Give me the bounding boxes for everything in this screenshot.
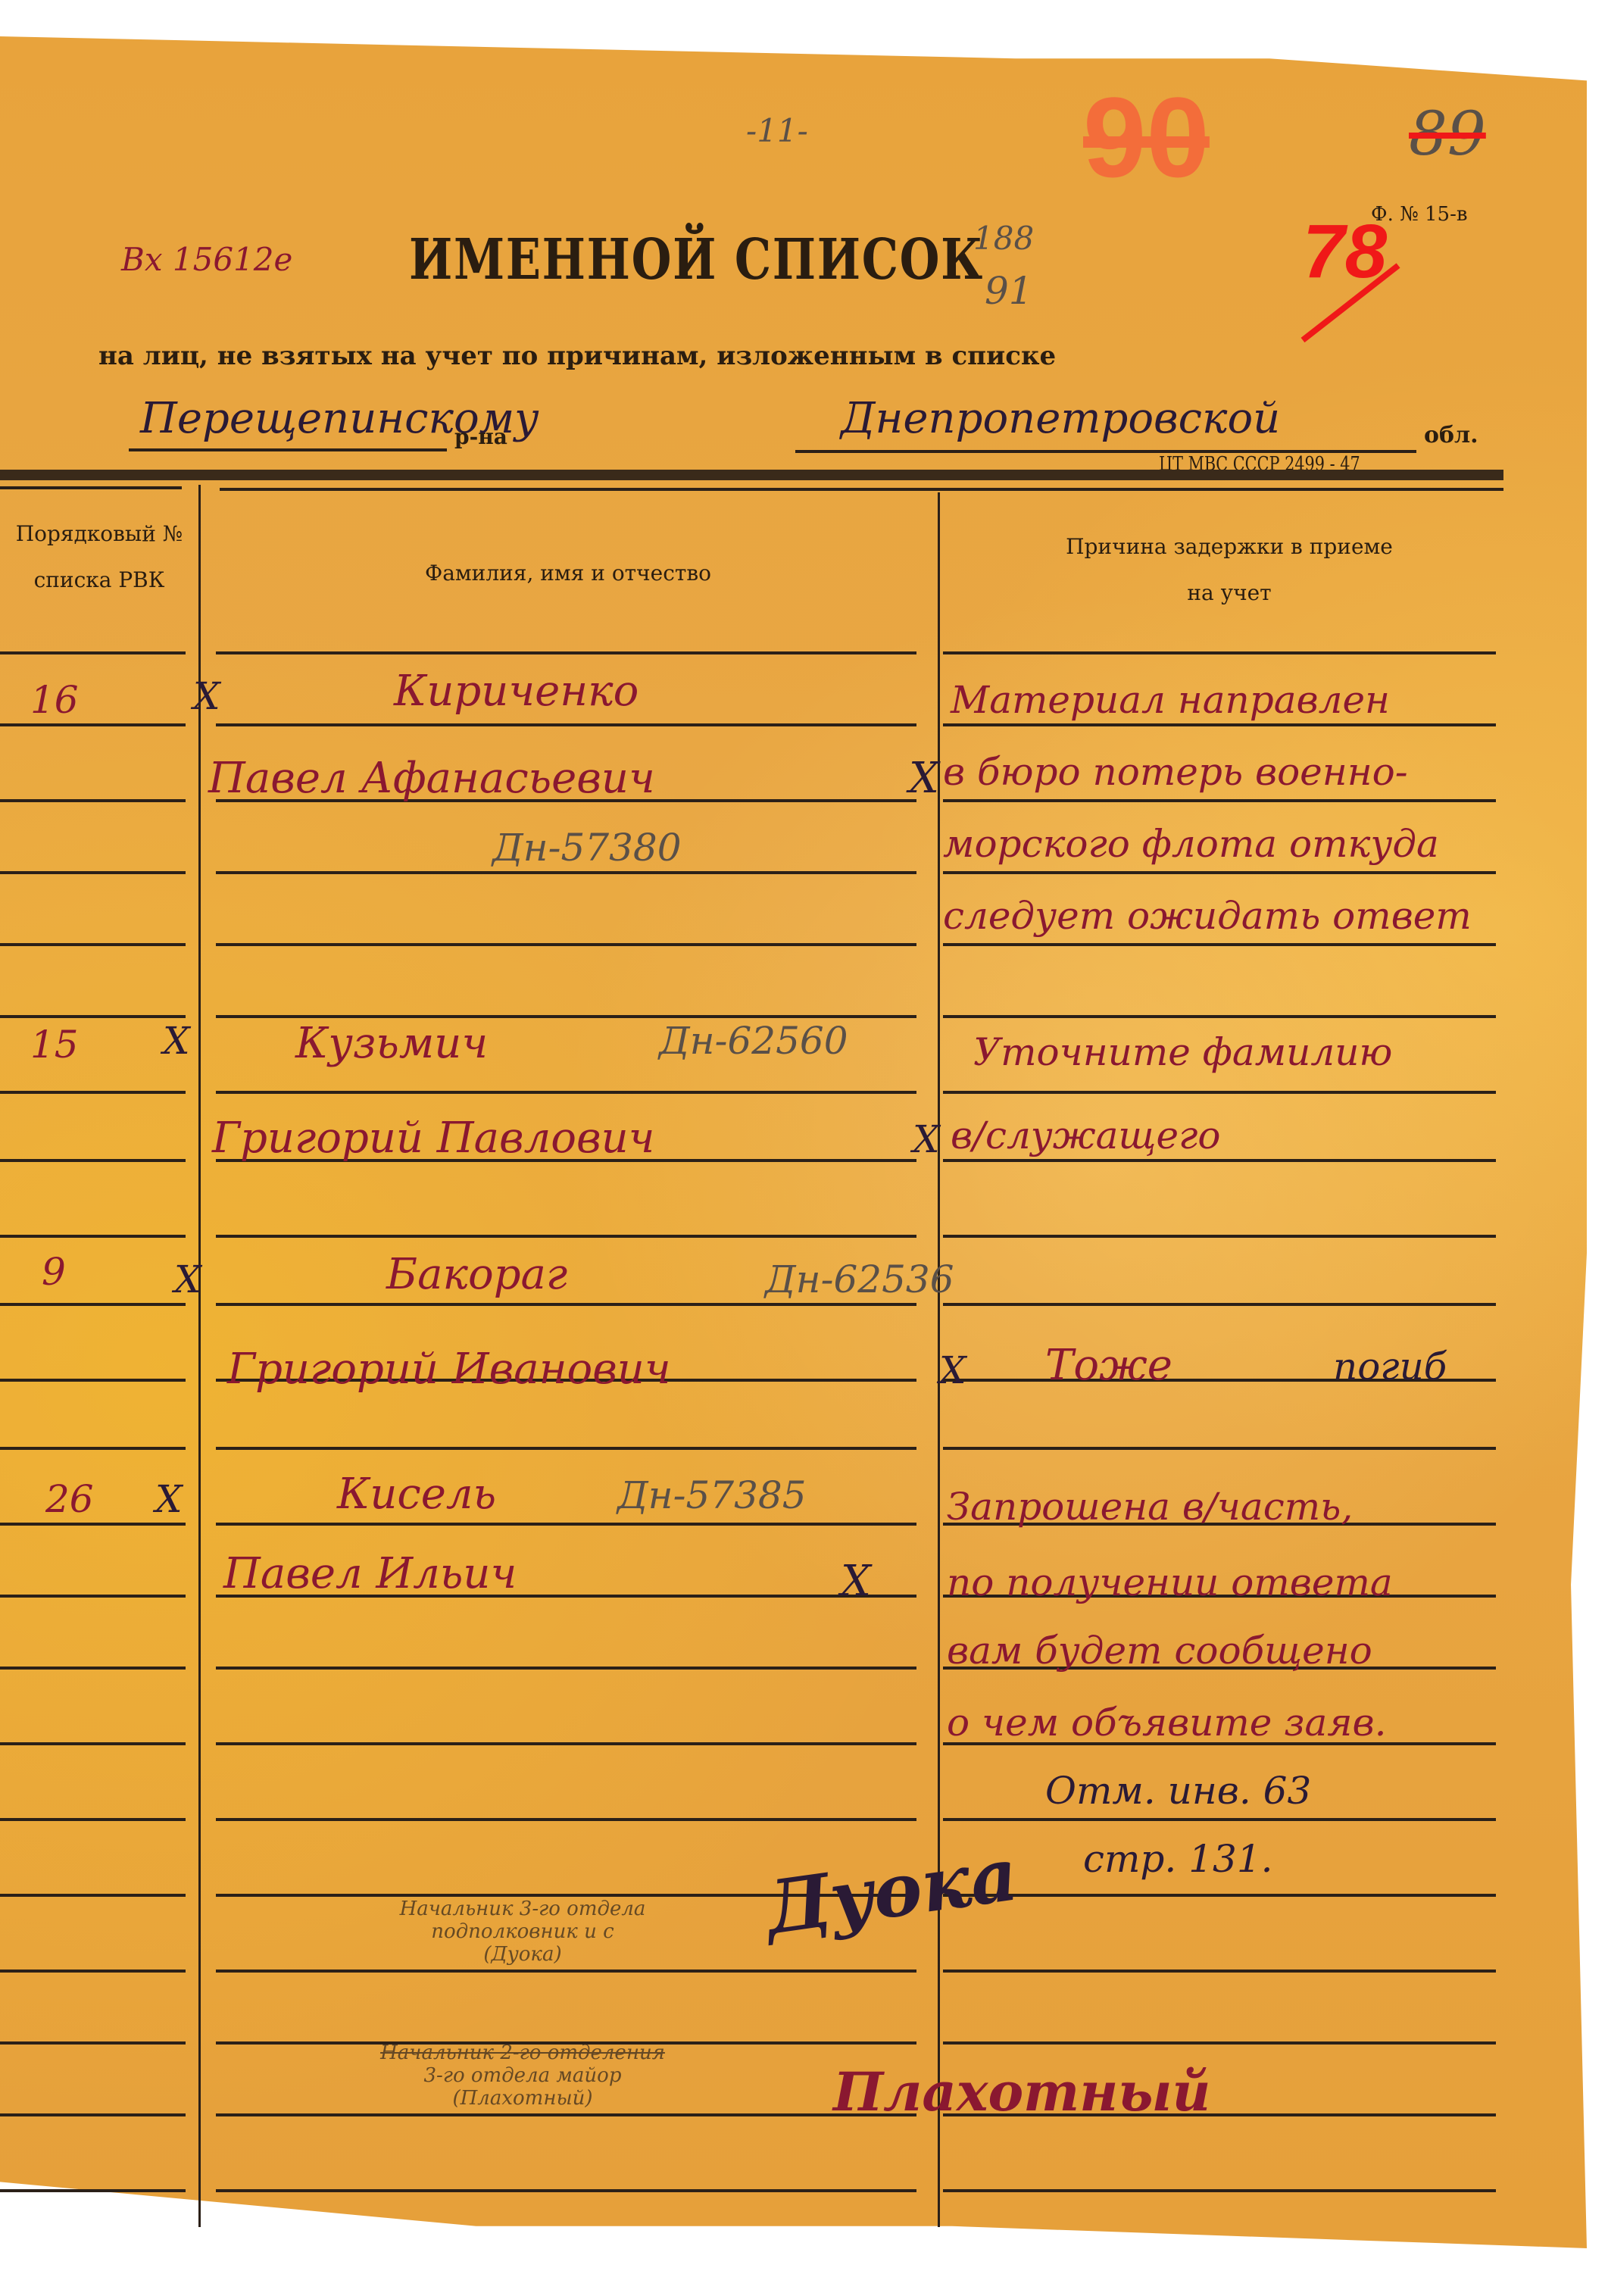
signature-stamp-2-line: Начальник 2-го отделения <box>288 2041 757 2064</box>
ruled-line <box>943 1235 1496 1238</box>
ruled-line <box>216 1970 916 1973</box>
row-reason-line: морского флота откуда <box>943 822 1439 866</box>
document-subtitle: на лиц, не взятых на учет по причинам, и… <box>98 341 1056 371</box>
row-mark-2: Х <box>841 1557 871 1606</box>
ruled-line <box>943 2189 1496 2192</box>
ruled-line <box>0 1303 186 1306</box>
row-surname: Кузьмич <box>295 1019 488 1068</box>
row-pencil-code: Дн-57385 <box>617 1473 807 1517</box>
row-number: 9 <box>42 1250 66 1294</box>
archive-code: Вх 15612е <box>121 241 292 278</box>
row-reason-line: вам будет сообщено <box>947 1629 1372 1673</box>
row-reason-line: в/служащего <box>951 1114 1220 1157</box>
row-pencil-code: Дн-62560 <box>659 1019 848 1063</box>
column-divider-1 <box>198 485 201 2227</box>
ruled-line <box>943 651 1496 654</box>
ruled-line <box>0 1523 186 1526</box>
ruled-line <box>943 1159 1496 1162</box>
ruled-line <box>0 1447 186 1450</box>
ruled-line <box>216 1667 916 1670</box>
ruled-line <box>943 1303 1496 1306</box>
ruled-line <box>943 871 1496 874</box>
region-label: обл. <box>1424 422 1478 448</box>
ruled-line <box>216 871 916 874</box>
column-header-reason-line1: Причина задержки в приеме <box>938 534 1521 559</box>
ruled-line <box>943 943 1496 946</box>
row-mark: Х <box>193 674 220 718</box>
row-given-name: Григорий Павлович <box>212 1114 654 1163</box>
ruled-line <box>216 723 916 726</box>
column-header-number-line2: списка РВК <box>0 567 198 592</box>
ruled-line <box>943 1091 1496 1094</box>
signature-stamp-1-line: (Дуока) <box>288 1943 757 1966</box>
annotation-page: стр. 131. <box>1083 1837 1273 1881</box>
pencil-number-lower: 91 <box>985 269 1033 313</box>
ruled-line <box>216 651 916 654</box>
ruled-line <box>0 1894 186 1897</box>
signature-2: Плахотный <box>833 2060 1210 2123</box>
signature-stamp-2: Начальник 2-го отделения 3-го отдела май… <box>288 2041 757 2110</box>
ruled-line <box>0 2113 186 2116</box>
column-header-reason-line2: на учет <box>938 580 1521 605</box>
row-reason-line: Тоже <box>1045 1341 1172 1390</box>
ruled-line <box>943 799 1496 802</box>
ruled-line <box>0 1091 186 1094</box>
row-pencil-code: Дн-62536 <box>765 1257 954 1301</box>
ruled-line <box>0 2041 186 2045</box>
column-header-name: Фамилия, имя и отчество <box>198 561 938 586</box>
ruled-line <box>216 1447 916 1450</box>
ruled-line <box>0 723 186 726</box>
row-reason-line: погиб <box>1333 1345 1447 1389</box>
ruled-line <box>0 1015 186 1018</box>
row-reason-line: следует ожидать ответ <box>943 894 1472 938</box>
column-header-reason: Причина задержки в приеме на учет <box>938 534 1521 605</box>
column-header-number: Порядковый № списка РВК <box>0 521 198 592</box>
ruled-line <box>943 1818 1496 1821</box>
pencil-crossed-number: 89 <box>1409 98 1486 169</box>
table-top-border <box>0 470 1503 480</box>
pencil-number-upper: 188 <box>973 220 1034 257</box>
signature-stamp-1: Начальник 3-го отдела подполковник и с (… <box>288 1898 757 1966</box>
row-surname: Бакораг <box>386 1250 567 1299</box>
district-underline <box>129 448 447 451</box>
ruled-line <box>943 1894 1496 1897</box>
ruled-line <box>0 651 186 654</box>
row-reason-line: Уточните фамилию <box>973 1030 1392 1074</box>
ruled-line <box>216 2189 916 2192</box>
ruled-line <box>0 1379 186 1382</box>
row-mark-2: Х <box>913 1117 940 1161</box>
table-top-rule <box>220 488 1503 491</box>
row-mark: Х <box>155 1477 183 1521</box>
ruled-line <box>0 1818 186 1821</box>
table-top-rule-left <box>0 486 182 489</box>
signature-stamp-1-line: Начальник 3-го отдела <box>288 1898 757 1920</box>
ruled-line <box>943 1015 1496 1018</box>
annotation-inventory: Отм. инв. 63 <box>1045 1769 1311 1813</box>
ruled-line <box>943 2041 1496 2045</box>
document-title: ИМЕННОЙ СПИСОК <box>409 227 984 292</box>
row-given-name: Павел Афанасьевич <box>208 754 655 803</box>
signature-stamp-2-line: (Плахотный) <box>288 2087 757 2110</box>
region-handwritten: Днепропетровской <box>841 394 1280 443</box>
ruled-line <box>0 943 186 946</box>
signature-stamp-1-line: подполковник и с <box>288 1920 757 1943</box>
ruled-line <box>216 1091 916 1094</box>
red-crossed-number: 90 <box>1083 72 1210 203</box>
ruled-line <box>0 799 186 802</box>
ruled-line <box>0 1595 186 1598</box>
ruled-line <box>216 1742 916 1745</box>
page-number: -11- <box>746 112 808 149</box>
row-mark-2: Х <box>909 754 939 803</box>
ruled-line <box>943 1447 1496 1450</box>
ruled-line <box>943 723 1496 726</box>
row-mark-2: Х <box>939 1348 966 1392</box>
column-header-number-line1: Порядковый № <box>0 521 198 546</box>
row-reason-line: о чем объявите заяв. <box>947 1701 1386 1745</box>
row-number: 26 <box>45 1477 94 1521</box>
ruled-line <box>0 1667 186 1670</box>
row-mark: Х <box>174 1257 201 1301</box>
ruled-line <box>216 1523 916 1526</box>
form-number: Ф. № 15-в <box>1371 203 1468 226</box>
ruled-line <box>216 1015 916 1018</box>
row-surname: Кириченко <box>394 667 639 716</box>
row-pencil-code: Дн-57380 <box>492 826 682 870</box>
row-given-name: Павел Ильич <box>223 1549 517 1598</box>
signature-stamp-2-line: 3-го отдела майор <box>288 2064 757 2087</box>
ruled-line <box>0 871 186 874</box>
row-reason-line: Материал направлен <box>951 678 1390 722</box>
ruled-line <box>216 1235 916 1238</box>
row-number: 15 <box>30 1023 79 1067</box>
row-mark: Х <box>163 1019 190 1063</box>
ruled-line <box>0 1235 186 1238</box>
row-surname: Кисель <box>337 1470 496 1519</box>
district-label: р-на <box>454 424 507 449</box>
ruled-line <box>943 1970 1496 1973</box>
ruled-line <box>0 1159 186 1162</box>
row-reason-line: Запрошена в/часть, <box>947 1485 1353 1529</box>
ruled-line <box>216 2113 916 2116</box>
row-reason-line: по получении ответа <box>947 1560 1393 1604</box>
row-given-name: Григорий Иванович <box>227 1345 671 1394</box>
ruled-line <box>216 943 916 946</box>
ruled-line <box>0 1970 186 1973</box>
ruled-line <box>216 1303 916 1306</box>
row-number: 16 <box>30 678 79 722</box>
ruled-line <box>0 1742 186 1745</box>
ruled-line <box>216 1818 916 1821</box>
ruled-line <box>0 2189 186 2192</box>
row-reason-line: в бюро потерь военно- <box>943 750 1408 794</box>
